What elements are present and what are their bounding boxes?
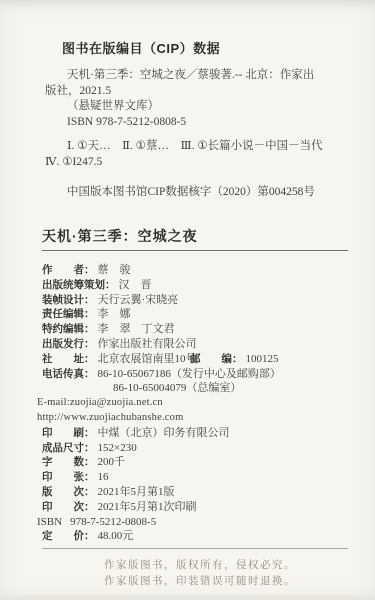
row-printer: 印 刷：中煤（北京）印务有限公司 <box>42 426 348 441</box>
row-sheets-value: 16 <box>98 471 109 483</box>
row-postcode-label: 邮 编： <box>190 353 243 365</box>
row-planning-value: 汉 晋 <box>119 279 152 291</box>
row-edition: 版 次：2021年5月第1版 <box>42 485 348 500</box>
footer-divider <box>42 548 348 549</box>
row-phone-line-2: 86-10-65004079（总编室） <box>42 381 348 396</box>
row-address-label: 社 址： <box>42 353 95 365</box>
row-publisher: 出版发行：作家出版社有限公司 <box>42 337 348 352</box>
cip-isbn-line: ISBN 978-7-5212-0808-5 <box>45 115 348 131</box>
row-address: 社 址：北京农展馆南里10号 邮 编：100125 <box>42 352 348 367</box>
row-design-value: 天行云翼·宋晓亮 <box>98 294 179 306</box>
row-design: 装帧设计：天行云翼·宋晓亮 <box>42 293 348 308</box>
row-website-value: http://www.zuojiachubanshe.com <box>37 412 183 423</box>
row-printer-value: 中煤（北京）印务有限公司 <box>98 427 230 439</box>
row-impression: 印 次：2021年5月第1次印刷 <box>42 500 348 515</box>
row-author-value: 蔡 骏 <box>98 264 131 276</box>
row-postcode-value: 100125 <box>246 353 279 365</box>
row-printer-label: 印 刷： <box>42 427 95 439</box>
row-price-value: 48.00元 <box>98 530 134 542</box>
row-editor: 责任编辑：李 娜 <box>42 307 348 322</box>
row-phone-label: 电话传真： <box>42 368 95 380</box>
book-title: 天机·第三季：空城之夜 <box>42 228 198 244</box>
row-size: 成品尺寸：152×230 <box>42 441 348 456</box>
row-isbn: ISBN978-7-5212-0808-5 <box>42 515 348 530</box>
title-block: 天机·第三季：空城之夜 <box>42 226 348 251</box>
colophon-info-list: 作 者：蔡 骏 出版统筹策划：汉 晋 装帧设计：天行云翼·宋晓亮 责任编辑：李 … <box>42 263 348 544</box>
cip-entry-line-2: 版社，2021.5 <box>45 84 348 100</box>
row-editor-label: 责任编辑： <box>42 308 95 320</box>
row-isbn-value: 978-7-5212-0808-5 <box>70 516 156 528</box>
row-edition-label: 版 次： <box>42 486 95 498</box>
cip-record-number: 中国版本图书馆CIP数据核字（2020）第004258号 <box>67 183 348 199</box>
row-sheets: 印 张：16 <box>42 470 348 485</box>
row-price: 定 价：48.00元 <box>42 529 348 544</box>
row-size-label: 成品尺寸： <box>42 442 95 454</box>
row-word-count: 字 数：200千 <box>42 455 348 470</box>
cip-entry-line-1: 天机·第三季：空城之夜／蔡骏著.-- 北京：作家出 <box>45 68 348 84</box>
book-copyright-page: 图书在版编目（CIP）数据 天机·第三季：空城之夜／蔡骏著.-- 北京：作家出 … <box>0 0 375 600</box>
row-publisher-value: 作家出版社有限公司 <box>98 338 197 350</box>
row-website: http://www.zuojiachubanshe.com <box>37 411 348 426</box>
row-word-count-value: 200千 <box>98 456 126 468</box>
row-word-count-label: 字 数： <box>42 456 95 468</box>
cip-series-line: （悬疑世界文库） <box>45 99 348 115</box>
footer-note-returns: 作家版图书，印装错误可随时退换。 <box>104 574 375 590</box>
row-phone: 电话传真：86-10-65067186（发行中心及邮购部） <box>42 367 348 382</box>
row-address-value: 北京农展馆南里10号 <box>98 353 197 365</box>
row-email: E-mail:zuojia@zuojia.net.cn <box>37 396 348 411</box>
classification-line-1: Ⅰ. ①天… Ⅱ. ①蔡… Ⅲ. ①长篇小说－中国－当代 <box>45 139 348 155</box>
row-impression-label: 印 次： <box>42 501 95 513</box>
footer-note-copyright: 作家版图书，版权所有，侵权必究。 <box>104 558 375 574</box>
row-publisher-label: 出版发行： <box>42 338 95 350</box>
row-planning-label: 出版统筹策划： <box>42 279 116 291</box>
footer-notes: 作家版图书，版权所有，侵权必究。 作家版图书，印装错误可随时退换。 <box>104 558 375 589</box>
cip-entry: 天机·第三季：空城之夜／蔡骏著.-- 北京：作家出 版社，2021.5 （悬疑世… <box>45 68 348 130</box>
row-email-value: E-mail:zuojia@zuojia.net.cn <box>37 397 163 408</box>
row-sheets-label: 印 张： <box>42 471 95 483</box>
cip-classification: Ⅰ. ①天… Ⅱ. ①蔡… Ⅲ. ①长篇小说－中国－当代 Ⅳ. ①I247.5 <box>45 139 348 170</box>
row-price-label: 定 价： <box>42 530 95 542</box>
row-postcode-pair: 邮 编：100125 <box>190 352 279 367</box>
cip-header: 图书在版编目（CIP）数据 <box>62 38 347 57</box>
row-author-label: 作 者： <box>42 264 95 276</box>
row-phone-value: 86-10-65067186（发行中心及邮购部） <box>98 368 281 380</box>
row-planning: 出版统筹策划：汉 晋 <box>42 278 348 293</box>
row-phone-line-2-value: 86-10-65004079（总编室） <box>113 382 241 394</box>
row-editor-value: 李 娜 <box>98 308 131 320</box>
row-size-value: 152×230 <box>98 442 137 454</box>
row-special-editors: 特约编辑：李 翠 丁文君 <box>42 322 348 337</box>
classification-line-2: Ⅳ. ①I247.5 <box>45 155 348 171</box>
row-edition-value: 2021年5月第1版 <box>98 486 175 498</box>
row-special-editors-label: 特约编辑： <box>42 323 95 335</box>
row-design-label: 装帧设计： <box>42 294 95 306</box>
row-author: 作 者：蔡 骏 <box>42 263 348 278</box>
row-isbn-label: ISBN <box>37 516 62 528</box>
row-impression-value: 2021年5月第1次印刷 <box>98 501 197 513</box>
row-special-editors-value: 李 翠 丁文君 <box>98 323 175 335</box>
